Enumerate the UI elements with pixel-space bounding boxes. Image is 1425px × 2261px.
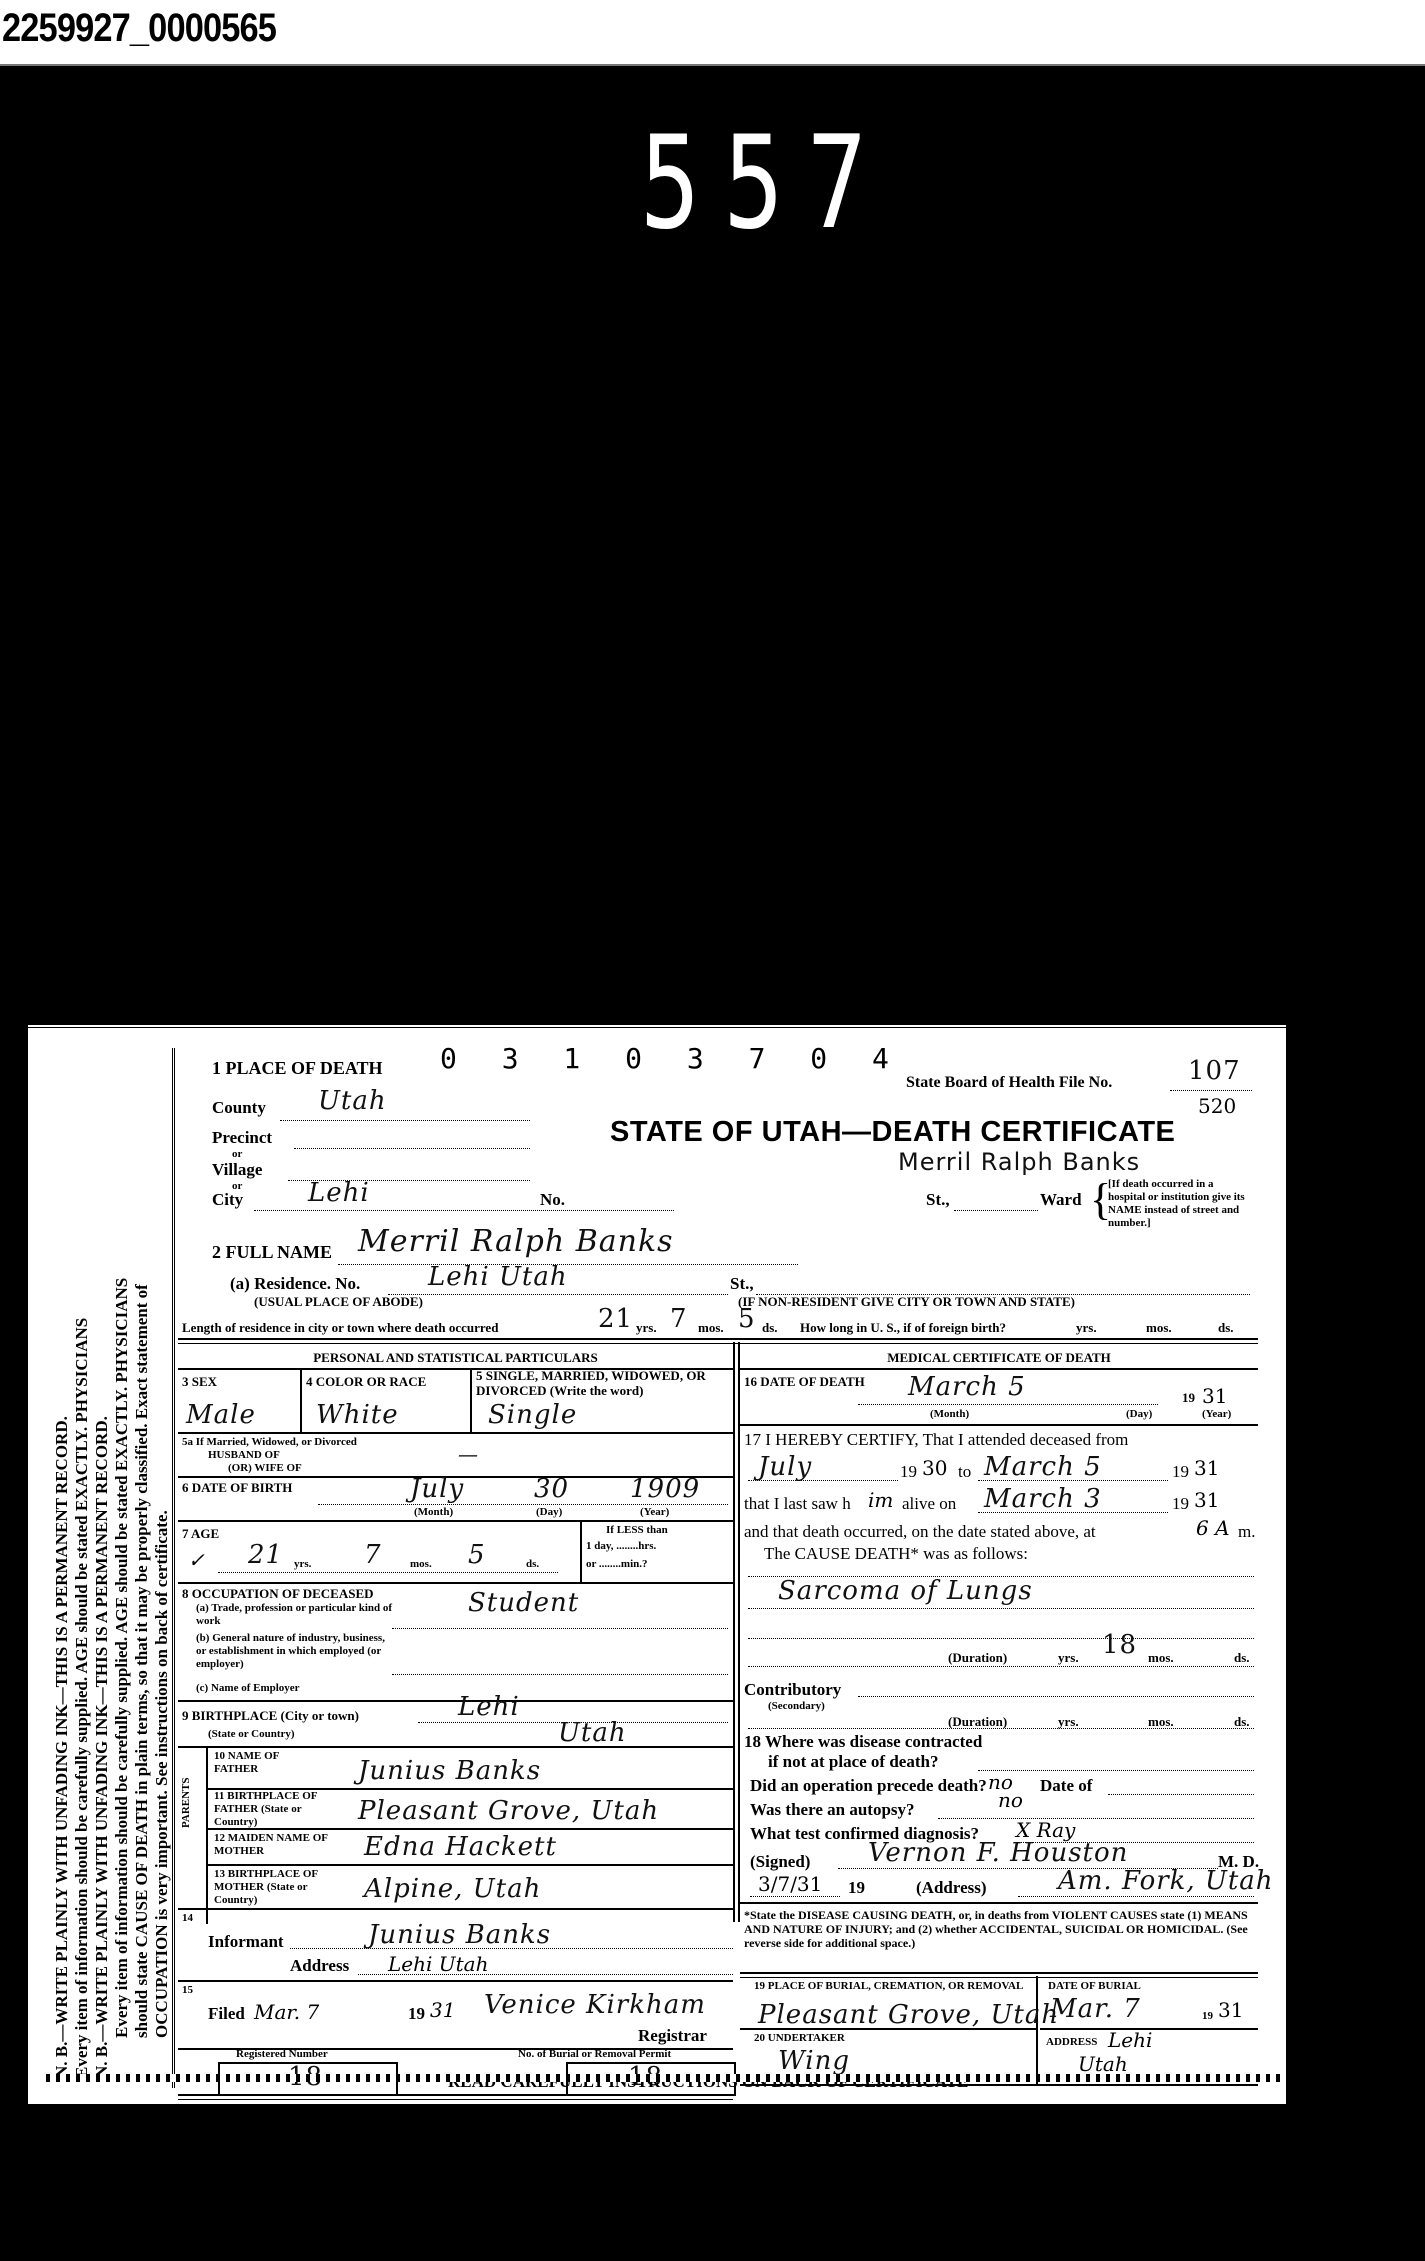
no-label: No. [540, 1190, 565, 1210]
signed-date: 3/7/31 [758, 1872, 822, 1896]
file-no-secondary: 520 [1198, 1094, 1236, 1118]
full-name-value: Merril Ralph Banks [358, 1224, 674, 1259]
annotated-name: Merril Ralph Banks [898, 1148, 1140, 1176]
frame-number: 557 [640, 120, 891, 248]
birthplace-label: 9 BIRTHPLACE (City or town) [182, 1708, 359, 1723]
one-day-label: 1 day, ........hrs. [586, 1540, 656, 1553]
contributory-label: Contributory [744, 1680, 841, 1700]
registered-number-label: Registered Number [236, 2048, 328, 2061]
dob-month: July [410, 1474, 464, 1504]
residence-value: Lehi Utah [428, 1262, 568, 1292]
undertaker-address-2: Utah [1078, 2052, 1128, 2076]
birthplace-city: Lehi [458, 1692, 520, 1722]
secondary-yrs-label: yrs. [1058, 1714, 1079, 1729]
precinct-label: Precinct [212, 1128, 272, 1148]
attended-to-year: 31 [1194, 1456, 1219, 1480]
filed-number: 15 [182, 1984, 193, 1997]
death-day-label: (Day) [1126, 1408, 1152, 1421]
informant-label: Informant [208, 1932, 284, 1952]
father-label: 10 NAME OF FATHER [214, 1750, 324, 1776]
undertaker-address-1: Lehi [1108, 2028, 1152, 2052]
informant-number: 14 [182, 1912, 193, 1925]
death-month-day: March 5 [908, 1372, 1026, 1402]
age-check: ✓ [188, 1548, 205, 1572]
father-birthplace-value: Pleasant Grove, Utah [358, 1796, 659, 1826]
length-ds: 5 [738, 1304, 756, 1334]
time-of-death: 6 A [1196, 1516, 1230, 1540]
death-year-label: (Year) [1202, 1408, 1231, 1421]
signed-year-prefix: 19 [848, 1878, 865, 1898]
burial-place-value: Pleasant Grove, Utah [758, 2000, 1059, 2030]
duration-ds-label: ds. [1234, 1650, 1250, 1665]
dob-year: 1909 [630, 1474, 700, 1504]
residence-sublabel: (USUAL PLACE OF ABODE) [254, 1294, 423, 1309]
filed-label: Filed [208, 2004, 245, 2024]
attended-from-year-prefix: 19 [900, 1462, 917, 1482]
burial-date-label: DATE OF BURIAL [1048, 1980, 1141, 1993]
duration-mos: 18 [1102, 1630, 1137, 1660]
foreign-yrs-label: yrs. [1076, 1320, 1097, 1335]
file-no: 107 [1188, 1056, 1241, 1086]
contracted-label-2: if not at place of death? [768, 1752, 938, 1772]
undertaker-label: 20 UNDERTAKER [754, 2032, 845, 2045]
hospital-note: [If death occurred in a hospital or inst… [1108, 1178, 1248, 1230]
burial-year: 31 [1218, 1998, 1243, 2022]
sidebar-note: OCCUPATION is very important. See instru… [152, 1058, 172, 2078]
marital-label: 5 SINGLE, MARRIED, WIDOWED, OR DIVORCED … [476, 1368, 726, 1398]
marital-value: Single [488, 1400, 577, 1430]
signed-label: (Signed) [750, 1852, 810, 1872]
file-no-label: State Board of Health File No. [906, 1074, 1112, 1092]
time-suffix: m. [1238, 1522, 1255, 1542]
paper-edge [40, 2074, 1286, 2082]
filed-year-prefix: 19 [408, 2004, 425, 2024]
spouse-label-1: 5a If Married, Widowed, or Divorced [182, 1436, 357, 1449]
duration-yrs-label: yrs. [1058, 1650, 1079, 1665]
mother-label: 12 MAIDEN NAME OF MOTHER [214, 1832, 334, 1858]
dob-day: 30 [534, 1474, 569, 1504]
last-saw-pronoun: im [868, 1488, 893, 1512]
parents-label: PARENTS [180, 1777, 193, 1828]
death-year: 31 [1202, 1384, 1227, 1408]
death-month-label: (Month) [930, 1408, 969, 1421]
mother-value: Edna Hackett [364, 1832, 557, 1862]
secondary-label: (Secondary) [768, 1700, 825, 1713]
race-label: 4 COLOR OR RACE [306, 1374, 426, 1389]
cause-footnote: *State the DISEASE CAUSING DEATH, or, in… [744, 1908, 1256, 1950]
occupation-value: Student [468, 1588, 579, 1618]
to-label: to [958, 1462, 971, 1482]
place-of-death-label: 1 PLACE OF DEATH [212, 1058, 383, 1079]
death-certificate: N. B.—WRITE PLAINLY WITH UNFADING INK—TH… [28, 1024, 1286, 2104]
yrs-label: yrs. [636, 1320, 657, 1335]
physician-signature: Vernon F. Houston [868, 1838, 1128, 1868]
last-saw-year-prefix: 19 [1172, 1494, 1189, 1514]
foreign-birth-label: How long in U. S., if of foreign birth? [800, 1320, 1006, 1335]
mother-birthplace-value: Alpine, Utah [364, 1874, 541, 1904]
cause-label: The CAUSE DEATH* was as follows: [764, 1544, 1028, 1564]
day-label: (Day) [536, 1506, 562, 1519]
length-mos: 7 [670, 1304, 688, 1334]
last-saw-suffix: alive on [902, 1494, 956, 1514]
occupation-a-label: (a) Trade, profession or particular kind… [196, 1602, 396, 1628]
dob-label: 6 DATE OF BIRTH [182, 1480, 292, 1495]
father-value: Junius Banks [358, 1756, 541, 1786]
age-ds-label: ds. [526, 1558, 539, 1571]
personal-section-title: PERSONAL AND STATISTICAL PARTICULARS [178, 1350, 733, 1365]
sidebar-note: N. B.—WRITE PLAINLY WITH UNFADING INK—TH… [52, 1058, 72, 2078]
certificate-title: STATE OF UTAH—DEATH CERTIFICATE [610, 1116, 1175, 1149]
header-strip: 2259927_0000565 [0, 0, 1425, 66]
undertaker-address-label: ADDRESS [1046, 2036, 1097, 2049]
age-ds: 5 [468, 1540, 486, 1570]
st-label: St., [926, 1190, 950, 1210]
length-of-residence-label: Length of residence in city or town wher… [182, 1320, 498, 1335]
autopsy-value: no [998, 1788, 1023, 1812]
autopsy-label: Was there an autopsy? [750, 1800, 915, 1820]
filed-date: Mar. 7 [254, 2000, 319, 2024]
secondary-mos-label: mos. [1148, 1714, 1174, 1729]
attended-from-year: 30 [922, 1456, 947, 1480]
image-id: 2259927_0000565 [2, 4, 276, 52]
informant-value: Junius Banks [368, 1920, 551, 1950]
sex-label: 3 SEX [182, 1374, 217, 1389]
residence-st-label: St., [730, 1274, 754, 1294]
physician-address: Am. Fork, Utah [1058, 1866, 1274, 1896]
age-label: 7 AGE [182, 1526, 219, 1541]
mos-label: mos. [698, 1320, 724, 1335]
mother-birthplace-label: 13 BIRTHPLACE OF MOTHER (State or Countr… [214, 1868, 344, 1907]
sidebar-note: Every item of information should be care… [112, 1058, 132, 2078]
city-label: City [212, 1190, 243, 1210]
county-label: County [212, 1098, 266, 1118]
age-yrs-label: yrs. [294, 1558, 311, 1571]
attended-from: July [758, 1452, 812, 1482]
occupation-label: 8 OCCUPATION OF DECEASED [182, 1586, 374, 1601]
last-saw-year: 31 [1194, 1488, 1219, 1512]
registrar-label: Registrar [638, 2026, 707, 2046]
spouse-label-3: (OR) WIFE OF [228, 1462, 302, 1475]
full-name-label: 2 FULL NAME [212, 1242, 332, 1263]
burial-place-label: 19 PLACE OF BURIAL, CREMATION, OR REMOVA… [754, 1980, 1024, 1993]
sidebar-instructions: N. B.—WRITE PLAINLY WITH UNFADING INK—TH… [44, 1048, 175, 2088]
race-value: White [316, 1400, 399, 1430]
permit-label: No. of Burial or Removal Permit [518, 2048, 671, 2061]
age-mos-label: mos. [410, 1558, 432, 1571]
sidebar-note: should state CAUSE OF DEATH in plain ter… [132, 1058, 152, 2078]
operation-date-label: Date of [1040, 1776, 1092, 1796]
sex-value: Male [186, 1400, 256, 1430]
operation-label: Did an operation precede death? [750, 1776, 987, 1796]
medical-section-title: MEDICAL CERTIFICATE OF DEATH [740, 1350, 1258, 1365]
informant-address-value: Lehi Utah [388, 1952, 488, 1976]
burial-date: Mar. 7 [1050, 1994, 1141, 2024]
last-saw-prefix: that I last saw h [744, 1494, 851, 1514]
occupation-b-label: (b) General nature of industry, business… [196, 1632, 396, 1671]
residence-label: (a) Residence. No. [230, 1274, 360, 1294]
serial-number: 0 3 1 0 3 7 0 4 [440, 1042, 903, 1075]
secondary-duration-label: (Duration) [948, 1714, 1007, 1729]
ds-label: ds. [762, 1320, 778, 1335]
city-value: Lehi [308, 1178, 370, 1208]
sidebar-note: Every item of information should be care… [72, 1058, 92, 2078]
spouse-label-2: HUSBAND OF [208, 1449, 280, 1462]
county-value: Utah [318, 1086, 387, 1116]
cause-value: Sarcoma of Lungs [778, 1576, 1033, 1606]
non-resident-note: (IF NON-RESIDENT GIVE CITY OR TOWN AND S… [738, 1294, 1075, 1309]
birthplace-state-label: (State or Country) [208, 1728, 295, 1741]
attended-to: March 5 [984, 1452, 1102, 1482]
burial-year-prefix: 19 [1202, 2010, 1213, 2023]
length-yrs: 21 [598, 1304, 633, 1334]
occurred-text: and that death occurred, on the date sta… [744, 1522, 1096, 1542]
ward-label: Ward [1040, 1190, 1082, 1210]
certify-text: 17 I HEREBY CERTIFY, That I attended dec… [744, 1430, 1128, 1450]
month-label: (Month) [414, 1506, 453, 1519]
duration-mos-label: mos. [1148, 1650, 1174, 1665]
informant-address-label: Address [290, 1956, 349, 1976]
birthplace-state: Utah [558, 1718, 627, 1748]
year-label: (Year) [640, 1506, 669, 1519]
secondary-ds-label: ds. [1234, 1714, 1250, 1729]
registrar-value: Venice Kirkham [484, 1990, 706, 2020]
spouse-value: — [458, 1442, 478, 1466]
or-min-label: or ........min.? [586, 1558, 648, 1571]
contracted-label-1: 18 Where was disease contracted [744, 1732, 982, 1752]
death-year-prefix: 19 [1182, 1390, 1195, 1405]
father-birthplace-label: 11 BIRTHPLACE OF FATHER (State or Countr… [214, 1790, 344, 1829]
foreign-mos-label: mos. [1146, 1320, 1172, 1335]
village-label: Village [212, 1160, 262, 1180]
less-than-label: If LESS than [606, 1524, 668, 1537]
last-saw-date: March 3 [984, 1484, 1102, 1514]
occupation-c-label: (c) Name of Employer [196, 1682, 300, 1695]
sidebar-note: N. B.—WRITE PLAINLY WITH UNFADING INK—TH… [92, 1058, 112, 2078]
age-yrs: 21 [248, 1540, 283, 1570]
filed-year: 31 [430, 1998, 455, 2022]
date-of-death-label: 16 DATE OF DEATH [744, 1374, 865, 1389]
address-label: (Address) [916, 1878, 987, 1898]
foreign-ds-label: ds. [1218, 1320, 1234, 1335]
attended-to-year-prefix: 19 [1172, 1462, 1189, 1482]
certificate-form: 1 PLACE OF DEATH 0 3 1 0 3 7 0 4 State B… [178, 1028, 1278, 2104]
age-mos: 7 [364, 1540, 382, 1570]
duration-label: (Duration) [948, 1650, 1007, 1665]
